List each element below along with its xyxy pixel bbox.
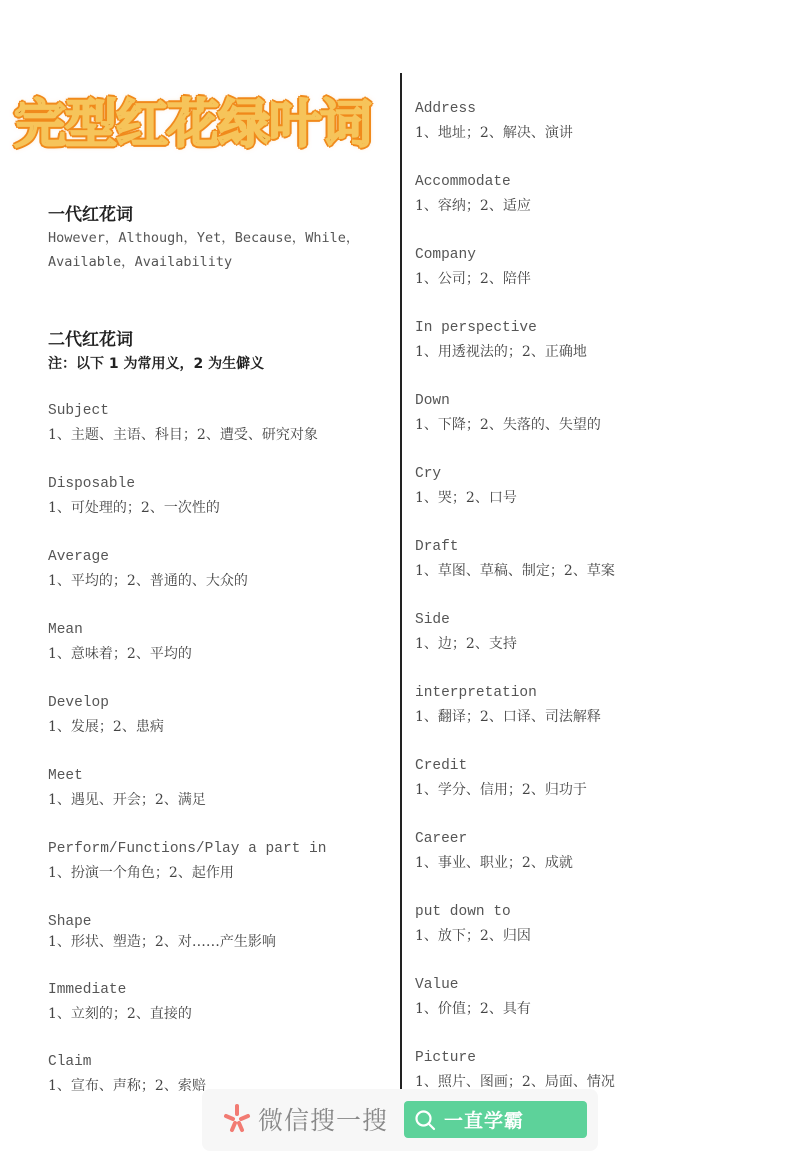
vocab-word: Mean [48, 621, 192, 639]
vocab-entry: Average 1、平均的；2、普通的、大众的 [48, 548, 248, 591]
vocab-entry: Subject 1、主题、主语、科目；2、遭受、研究对象 [48, 402, 318, 445]
vocab-meaning: 1、公司；2、陪伴 [415, 269, 531, 289]
vocab-entry: Address 1、地址；2、解决、演讲 [415, 100, 573, 143]
vocab-meaning: 1、主题、主语、科目；2、遭受、研究对象 [48, 425, 318, 445]
vocab-word: Address [415, 100, 573, 118]
vocab-word: Immediate [48, 981, 192, 999]
vocab-word: Value [415, 976, 531, 994]
search-account-button[interactable]: 一直学霸 [404, 1101, 587, 1138]
vocab-meaning: 1、意味着；2、平均的 [48, 644, 192, 664]
vocab-word: Claim [48, 1053, 206, 1071]
vocab-word: Perform/Functions/Play a part in [48, 840, 326, 858]
vocab-entry: interpretation 1、翻译；2、口译、司法解释 [415, 684, 601, 727]
vocab-word: put down to [415, 903, 531, 921]
vocab-meaning: 1、翻译；2、口译、司法解释 [415, 707, 601, 727]
vocab-meaning: 1、立刻的；2、直接的 [48, 1004, 192, 1024]
vocab-entry: Down 1、下降；2、失落的、失望的 [415, 392, 601, 435]
section-heading-second-gen: 二代红花词 [48, 325, 133, 350]
vocab-entry: put down to 1、放下；2、归因 [415, 903, 531, 946]
vocab-meaning: 1、放下；2、归因 [415, 926, 531, 946]
wechat-search-watermark[interactable]: 微信搜一搜 一直学霸 [202, 1089, 598, 1151]
vocab-word: Develop [48, 694, 164, 712]
vocab-word: interpretation [415, 684, 601, 702]
vocab-entry: Accommodate 1、容纳；2、适应 [415, 173, 531, 216]
vocab-word: Credit [415, 757, 587, 775]
vocab-word: Subject [48, 402, 318, 420]
vocab-entry: Value 1、价值；2、具有 [415, 976, 531, 1019]
vocab-entry: Cry 1、哭；2、口号 [415, 465, 517, 508]
vocab-entry: Company 1、公司；2、陪伴 [415, 246, 531, 289]
vocab-meaning: 1、用透视法的；2、正确地 [415, 342, 587, 362]
vocab-meaning: 1、遇见、开会；2、满足 [48, 790, 206, 810]
wechat-search-icon [222, 1103, 252, 1133]
first-gen-words-line2: Available，Availability [48, 250, 393, 274]
vocab-entry: Mean 1、意味着；2、平均的 [48, 621, 192, 664]
vocab-entry: Draft 1、草图、草稿、制定；2、草案 [415, 538, 615, 581]
vocab-meaning: 1、扮演一个角色；2、起作用 [48, 863, 326, 883]
vocab-word: Shape [48, 913, 276, 931]
vocab-meaning: 1、价值；2、具有 [415, 999, 531, 1019]
vocab-meaning: 1、事业、职业；2、成就 [415, 853, 573, 873]
vocab-meaning: 1、宣布、声称；2、索赔 [48, 1076, 206, 1096]
vocab-meaning: 1、边；2、支持 [415, 634, 517, 654]
vocab-word: In perspective [415, 319, 587, 337]
vocab-word: Cry [415, 465, 517, 483]
vocab-entry: In perspective 1、用透视法的；2、正确地 [415, 319, 587, 362]
vocab-meaning: 1、平均的；2、普通的、大众的 [48, 571, 248, 591]
vocab-word: Accommodate [415, 173, 531, 191]
vocab-word: Meet [48, 767, 206, 785]
vocab-word: Company [415, 246, 531, 264]
vocab-word: Average [48, 548, 248, 566]
title-banner: 完型红花绿叶词 [14, 92, 400, 158]
vocab-entry: Claim 1、宣布、声称；2、索赔 [48, 1053, 206, 1096]
vocab-word: Picture [415, 1049, 615, 1067]
vocab-entry: Meet 1、遇见、开会；2、满足 [48, 767, 206, 810]
vocab-word: Draft [415, 538, 615, 556]
vocab-meaning: 1、哭；2、口号 [415, 488, 517, 508]
document-page: 完型红花绿叶词 一代红花词 However，Although，Yet，Becau… [0, 0, 800, 1152]
search-account-label: 一直学霸 [444, 1106, 524, 1133]
vocab-entry: Immediate 1、立刻的；2、直接的 [48, 981, 192, 1024]
vocab-entry: Career 1、事业、职业；2、成就 [415, 830, 573, 873]
page-title: 完型红花绿叶词 [14, 99, 371, 151]
vocab-entry: Picture 1、照片、图画；2、局面、情况 [415, 1049, 615, 1092]
vocab-meaning: 1、发展；2、患病 [48, 717, 164, 737]
vocab-meaning: 1、学分、信用；2、归功于 [415, 780, 587, 800]
column-divider [400, 73, 402, 1113]
vocab-meaning: 1、可处理的；2、一次性的 [48, 498, 220, 518]
vocab-meaning: 1、容纳；2、适应 [415, 196, 531, 216]
vocab-word: Disposable [48, 475, 220, 493]
first-gen-words-line1: However，Although，Yet，Because，While， [48, 226, 393, 250]
search-icon [414, 1109, 436, 1131]
vocab-entry: Side 1、边；2、支持 [415, 611, 517, 654]
vocab-word: Side [415, 611, 517, 629]
section-heading-first-gen: 一代红花词 [48, 200, 133, 225]
legend-note: 注：以下 1 为常用义，2 为生僻义 [48, 353, 264, 373]
wechat-search-label: 微信搜一搜 [258, 1101, 388, 1137]
vocab-entry: Credit 1、学分、信用；2、归功于 [415, 757, 587, 800]
vocab-meaning: 1、草图、草稿、制定；2、草案 [415, 561, 615, 581]
vocab-meaning: 1、形状、塑造；2、对……产生影响 [48, 932, 276, 952]
vocab-entry: Shape 1、形状、塑造；2、对……产生影响 [48, 913, 276, 952]
vocab-word: Career [415, 830, 573, 848]
first-gen-words: However，Although，Yet，Because，While， Avai… [48, 226, 393, 274]
vocab-meaning: 1、地址；2、解决、演讲 [415, 123, 573, 143]
vocab-entry: Develop 1、发展；2、患病 [48, 694, 164, 737]
vocab-entry: Perform/Functions/Play a part in 1、扮演一个角… [48, 840, 326, 883]
vocab-meaning: 1、下降；2、失落的、失望的 [415, 415, 601, 435]
vocab-word: Down [415, 392, 601, 410]
vocab-entry: Disposable 1、可处理的；2、一次性的 [48, 475, 220, 518]
